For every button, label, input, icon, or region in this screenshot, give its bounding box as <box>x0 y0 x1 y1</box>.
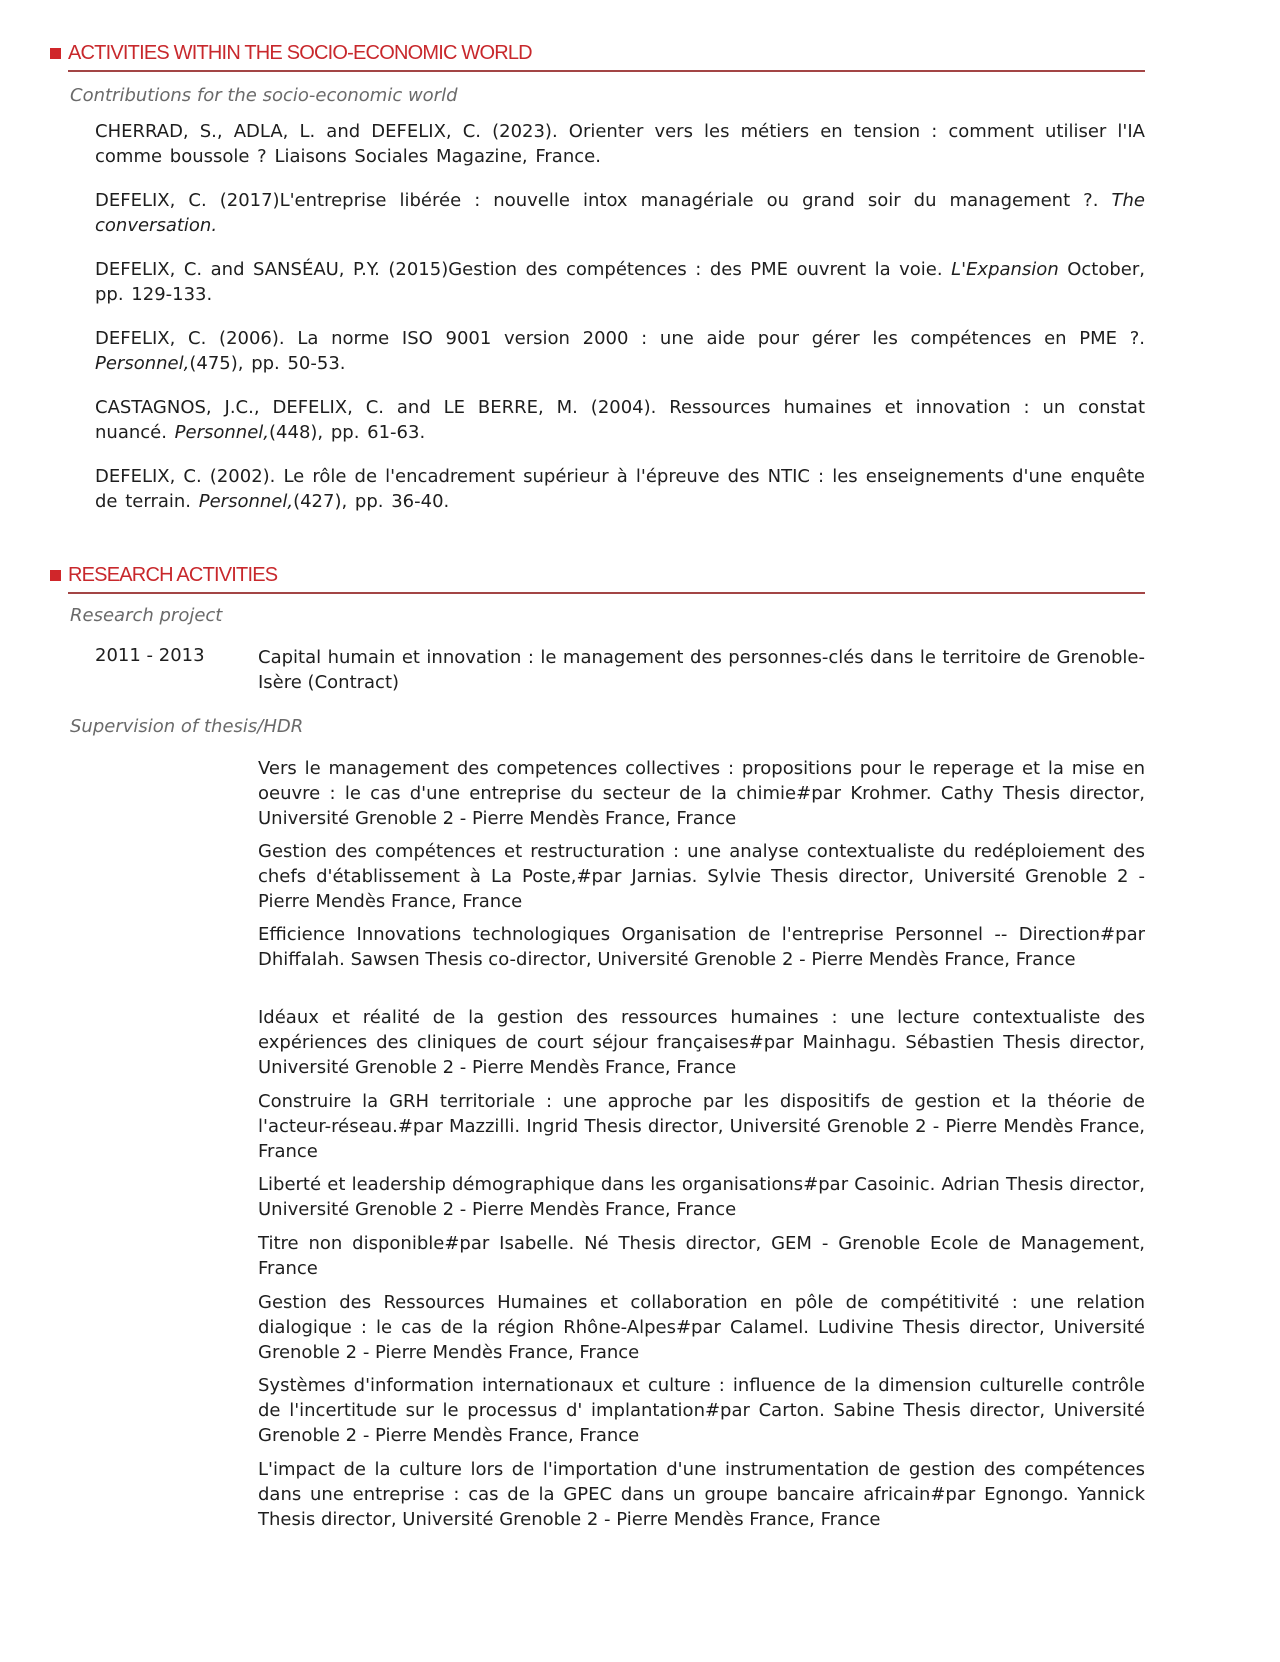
publication-item: DEFELIX, C. and SANSÉAU, P.Y. (2015)Gest… <box>95 257 1145 307</box>
thesis-item: Efficience Innovations technologiques Or… <box>258 922 1145 972</box>
subsection-title: Research project <box>70 605 222 626</box>
section-rule <box>68 70 1145 72</box>
section-title: ACTIVITIES WITHIN THE SOCIO-ECONOMIC WOR… <box>68 42 532 65</box>
thesis-item: Idéaux et réalité de la gestion des ress… <box>258 1005 1145 1080</box>
subsection-title: Contributions for the socio-economic wor… <box>70 85 458 106</box>
thesis-item: Vers le management des competences colle… <box>258 756 1145 831</box>
publication-item: DEFELIX, C. (2017)L'entreprise libérée :… <box>95 188 1145 238</box>
section-bullet-icon <box>50 48 61 59</box>
section-rule <box>68 592 1145 594</box>
project-description: Capital humain et innovation : le manage… <box>258 645 1145 695</box>
thesis-item: L'impact de la culture lors de l'importa… <box>258 1457 1145 1532</box>
section-bullet-icon <box>50 570 61 581</box>
publication-item: DEFELIX, C. (2006). La norme ISO 9001 ve… <box>95 326 1145 376</box>
section-title: RESEARCH ACTIVITIES <box>68 564 277 587</box>
thesis-item: Liberté et leadership démographique dans… <box>258 1172 1145 1222</box>
thesis-item: Systèmes d'information internationaux et… <box>258 1373 1145 1448</box>
publication-item: CASTAGNOS, J.C., DEFELIX, C. and LE BERR… <box>95 395 1145 445</box>
thesis-item: Gestion des Ressources Humaines et colla… <box>258 1290 1145 1365</box>
publication-item: DEFELIX, C. (2002). Le rôle de l'encadre… <box>95 464 1145 514</box>
publication-item: CHERRAD, S., ADLA, L. and DEFELIX, C. (2… <box>95 119 1145 169</box>
subsection-title: Supervision of thesis/HDR <box>70 716 303 737</box>
thesis-item: Construire la GRH territoriale : une app… <box>258 1089 1145 1164</box>
thesis-item: Titre non disponible#par Isabelle. Né Th… <box>258 1231 1145 1281</box>
project-years: 2011 - 2013 <box>95 645 205 666</box>
thesis-item: Gestion des compétences et restructurati… <box>258 839 1145 914</box>
